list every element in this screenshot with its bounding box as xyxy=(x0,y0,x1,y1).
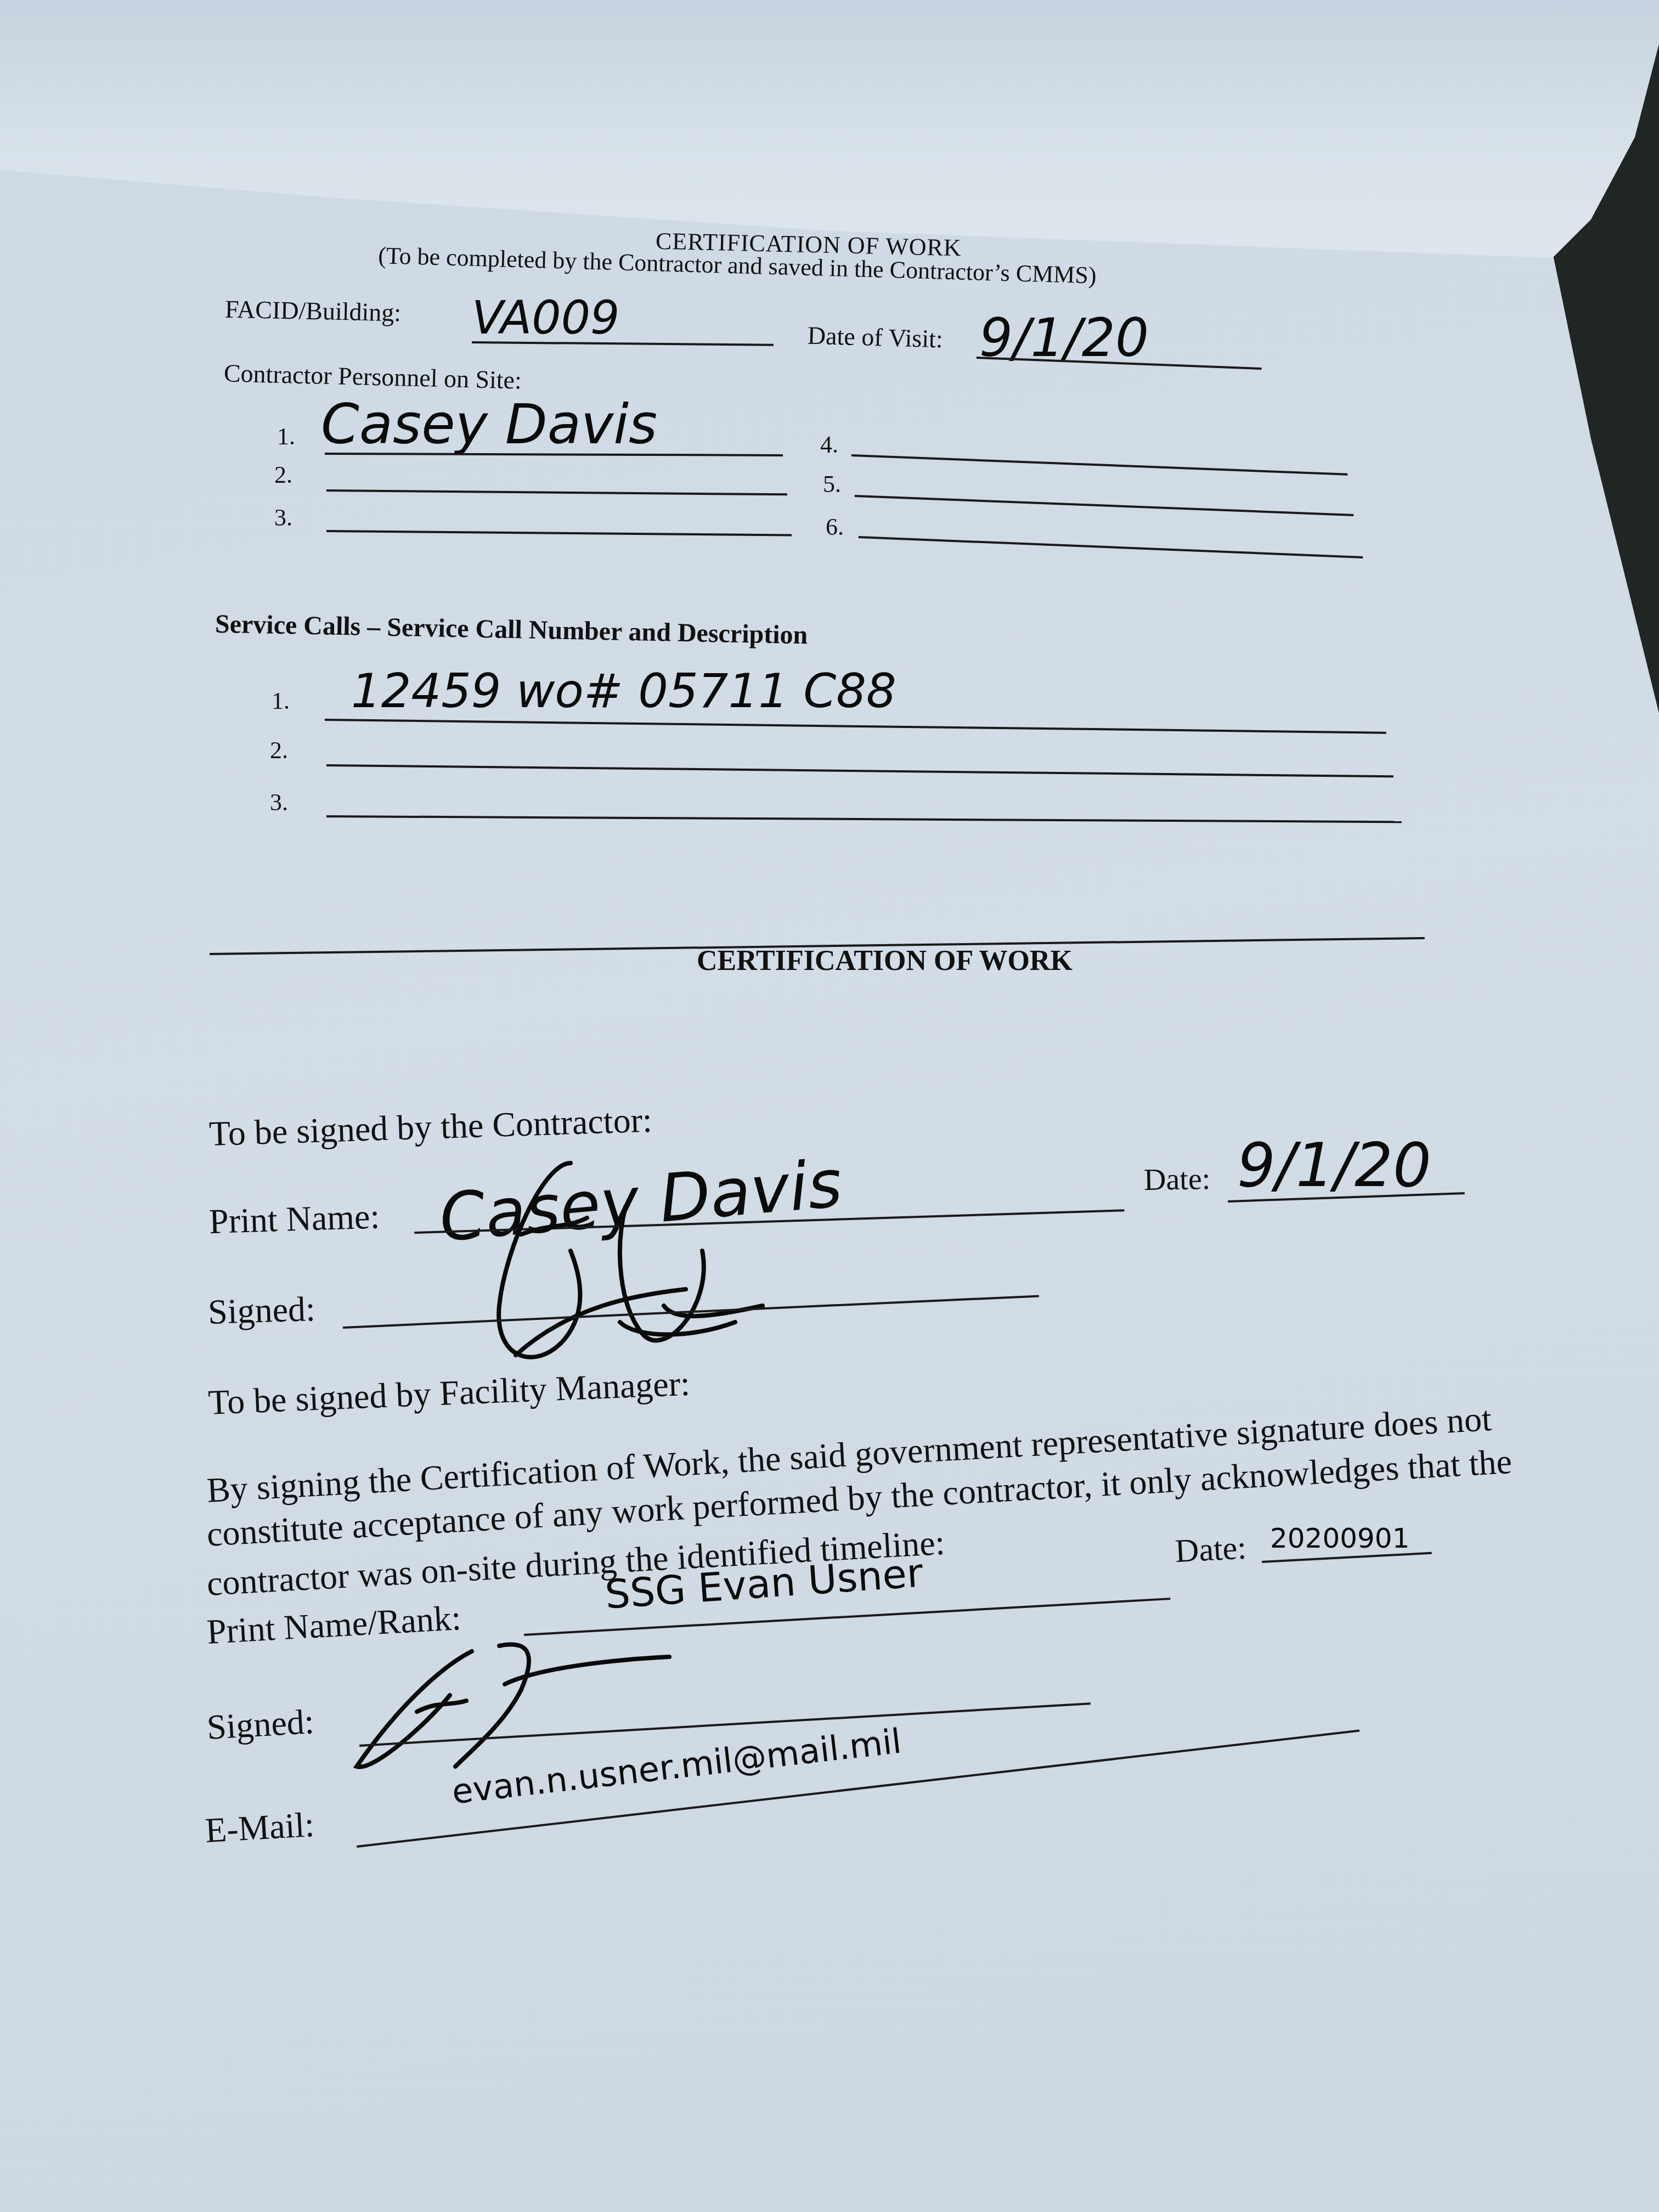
personnel-6-number: 6. xyxy=(826,513,844,541)
service-call-1-field[interactable]: 12459 wo# 05711 C88 xyxy=(351,664,896,719)
contractor-date-label: Date: xyxy=(1143,1161,1210,1198)
personnel-2-number: 2. xyxy=(274,461,292,489)
date-of-visit-label: Date of Visit: xyxy=(807,321,943,354)
personnel-4-number: 4. xyxy=(820,431,838,459)
facility-date-field[interactable]: 20200901 xyxy=(1270,1522,1410,1554)
service-call-3-number: 3. xyxy=(270,788,288,816)
personnel-5-number: 5. xyxy=(823,470,841,498)
contractor-signed-label: Signed: xyxy=(207,1289,316,1333)
certification-title: CERTIFICATION OF WORK xyxy=(697,945,1073,977)
personnel-3-number: 3. xyxy=(274,504,292,532)
personnel-1-number: 1. xyxy=(277,422,295,450)
service-call-2-number: 2. xyxy=(270,736,288,764)
facility-signed-label: Signed: xyxy=(206,1701,315,1748)
contractor-print-name-label: Print Name: xyxy=(208,1196,380,1242)
facid-field[interactable]: VA009 xyxy=(472,291,620,345)
facility-email-label: E-Mail: xyxy=(204,1804,315,1851)
contractor-signature[interactable] xyxy=(406,1141,900,1388)
service-call-1-number: 1. xyxy=(272,687,290,715)
contractor-date-field[interactable]: 9/1/20 xyxy=(1237,1130,1431,1200)
facid-label: FACID/Building: xyxy=(224,295,401,328)
personnel-1-field[interactable]: Casey Davis xyxy=(321,392,657,456)
facility-date-label: Date: xyxy=(1174,1529,1247,1571)
